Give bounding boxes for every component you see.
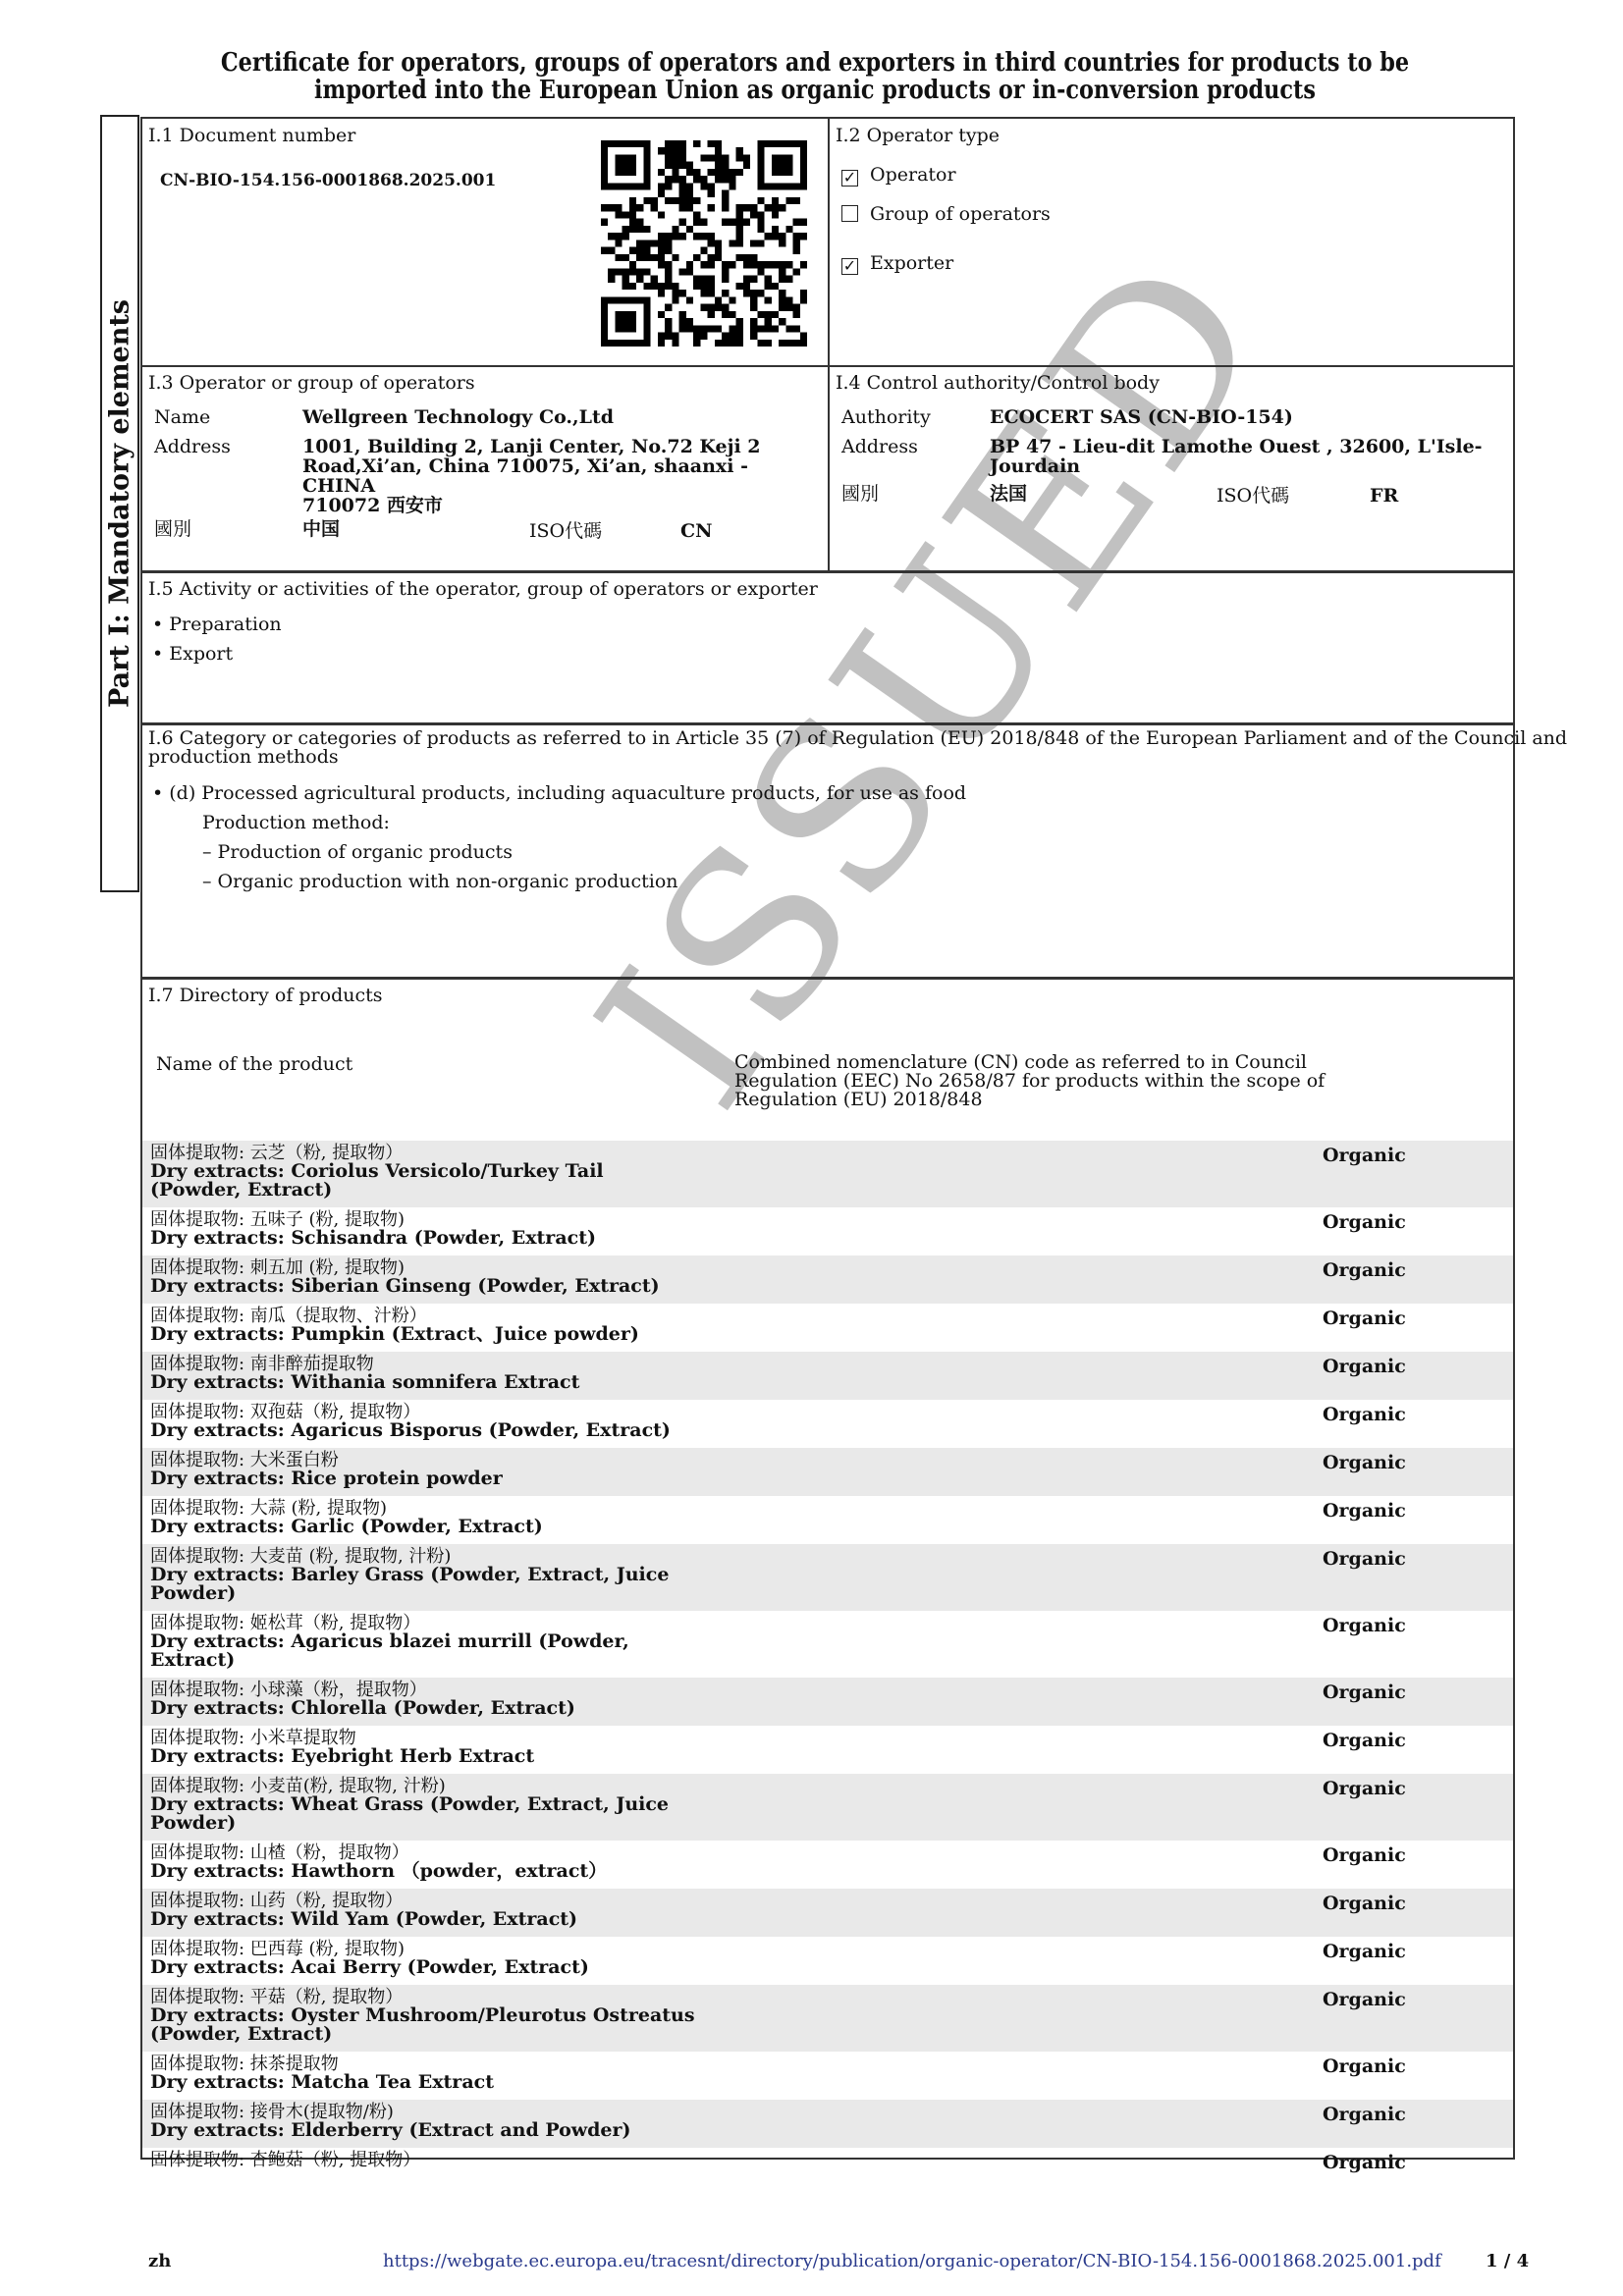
product-name-zh: 固体提取物: 杏鲍菇（粉, 提取物） (150, 2151, 1505, 2169)
product-status: Organic (1323, 1308, 1406, 1329)
product-name-en: Dry extracts: Agaricus Bisporus (Powder,… (150, 1421, 700, 1440)
address-label: Address (841, 437, 918, 456)
document-number: CN-BIO-154.156-0001868.2025.001 (160, 170, 496, 191)
table-row: 固体提取物: 双孢菇（粉, 提取物）Dry extracts: Agaricus… (142, 1400, 1513, 1448)
product-name-en: Dry extracts: Matcha Tea Extract (150, 2073, 700, 2092)
product-status: Organic (1323, 1356, 1406, 1377)
column-header-name: Name of the product (156, 1053, 352, 1075)
authority-address: BP 47 - Lieu-dit Lamothe Ouest , 32600, … (990, 437, 1483, 476)
product-status: Organic (1323, 1844, 1406, 1866)
product-status: Organic (1323, 1548, 1406, 1570)
option-label: Group of operators (870, 203, 1051, 225)
product-name-en: Dry extracts: Schisandra (Powder, Extrac… (150, 1229, 700, 1248)
product-name-en: Dry extracts: Siberian Ginseng (Powder, … (150, 1277, 700, 1296)
footer-url-link[interactable]: https://webgate.ec.europa.eu/tracesnt/di… (383, 2251, 1441, 2271)
table-row: 固体提取物: 南非醉茄提取物Dry extracts: Withania som… (142, 1352, 1513, 1400)
section-3-heading: I.3 Operator or group of operators (148, 372, 475, 394)
iso-label: ISO代碼 (1217, 486, 1289, 506)
iso-label: ISO代碼 (529, 521, 602, 541)
product-category: • (d) Processed agricultural products, i… (152, 782, 966, 804)
product-name-en: Dry extracts: Pumpkin (Extract、Juice pow… (150, 1325, 700, 1344)
product-table: 固体提取物: 云芝（粉, 提取物）Dry extracts: Coriolus … (142, 1141, 1513, 2177)
product-status: Organic (1323, 2104, 1406, 2125)
table-row: 固体提取物: 平菇（粉, 提取物）Dry extracts: Oyster Mu… (142, 1985, 1513, 2052)
product-status: Organic (1323, 1259, 1406, 1281)
section-7-heading: I.7 Directory of products (148, 985, 383, 1006)
section-6-heading: I.6 Category or categories of products a… (148, 729, 1567, 767)
name-label: Name (154, 407, 210, 427)
product-name-en: Dry extracts: Eyebright Herb Extract (150, 1747, 700, 1766)
divider (142, 977, 1513, 980)
product-name-en: Dry extracts: Coriolus Versicolo/Turkey … (150, 1162, 700, 1200)
operator-country: 中国 (302, 519, 340, 539)
operator-name: Wellgreen Technology Co.,Ltd (302, 407, 614, 427)
table-row: 固体提取物: 南瓜（提取物、汁粉）Dry extracts: Pumpkin (… (142, 1304, 1513, 1352)
qr-code-icon (601, 140, 807, 347)
table-row: 固体提取物: 杏鲍菇（粉, 提取物）Organic (142, 2148, 1513, 2177)
certificate-title: Certificate for operators, groups of ope… (215, 49, 1414, 104)
product-status: Organic (1323, 1452, 1406, 1473)
table-row: 固体提取物: 大麦苗 (粉, 提取物, 汁粉)Dry extracts: Bar… (142, 1544, 1513, 1611)
divider (142, 722, 1513, 725)
section-5-heading: I.5 Activity or activities of the operat… (148, 578, 818, 600)
product-name-en: Dry extracts: Oyster Mushroom/Pleurotus … (150, 2006, 700, 2044)
table-row: 固体提取物: 五味子 (粉, 提取物)Dry extracts: Schisan… (142, 1207, 1513, 1255)
product-status: Organic (1323, 1730, 1406, 1751)
section-1-heading: I.1 Document number (148, 125, 355, 146)
product-status: Organic (1323, 2152, 1406, 2173)
footer-language: zh (148, 2251, 171, 2271)
product-name-en: Dry extracts: Barley Grass (Powder, Extr… (150, 1566, 700, 1603)
product-status: Organic (1323, 1404, 1406, 1425)
authority-label: Authority (841, 407, 931, 427)
footer-page-number: 1 / 4 (1486, 2251, 1529, 2271)
product-status: Organic (1323, 1989, 1406, 2010)
production-method: – Organic production with non-organic pr… (202, 871, 678, 892)
checkbox-operator[interactable]: ✓ (841, 170, 858, 187)
operator-type-option[interactable]: ✓Exporter (841, 252, 953, 275)
column-divider (828, 119, 830, 572)
product-name-en: Dry extracts: Garlic (Powder, Extract) (150, 1518, 700, 1536)
product-name-en: Dry extracts: Chlorella (Powder, Extract… (150, 1699, 700, 1718)
section-4-heading: I.4 Control authority/Control body (836, 372, 1160, 394)
table-row: 固体提取物: 小麦苗(粉, 提取物, 汁粉)Dry extracts: Whea… (142, 1774, 1513, 1841)
table-row: 固体提取物: 小米草提取物Dry extracts: Eyebright Her… (142, 1726, 1513, 1774)
operator-type-option[interactable]: Group of operators (841, 203, 1051, 225)
table-row: 固体提取物: 云芝（粉, 提取物）Dry extracts: Coriolus … (142, 1141, 1513, 1207)
product-status: Organic (1323, 1893, 1406, 1914)
production-method-label: Production method: (202, 812, 390, 833)
section-2-heading: I.2 Operator type (836, 125, 1000, 146)
option-label: Operator (870, 164, 956, 186)
checkbox-exporter[interactable]: ✓ (841, 258, 858, 275)
table-row: 固体提取物: 山药（粉, 提取物）Dry extracts: Wild Yam … (142, 1889, 1513, 1937)
part-label-box: Part I: Mandatory elements (100, 115, 139, 892)
table-row: 固体提取物: 大蒜 (粉, 提取物)Dry extracts: Garlic (… (142, 1496, 1513, 1544)
operator-type-option[interactable]: ✓Operator (841, 164, 956, 187)
table-row: 固体提取物: 姬松茸（粉, 提取物）Dry extracts: Agaricus… (142, 1611, 1513, 1678)
certificate-frame: I.1 Document number CN-BIO-154.156-00018… (140, 117, 1515, 2160)
divider (142, 570, 1513, 573)
product-status: Organic (1323, 2056, 1406, 2077)
production-method: – Production of organic products (202, 841, 513, 863)
operator-iso-code: CN (680, 521, 713, 541)
product-name-en: Dry extracts: Agaricus blazei murrill (P… (150, 1632, 700, 1670)
country-label: 國別 (154, 519, 191, 539)
checkbox-group-of-operators[interactable] (841, 205, 858, 222)
product-name-en: Dry extracts: Elderberry (Extract and Po… (150, 2121, 700, 2140)
divider (142, 365, 1513, 367)
table-row: 固体提取物: 抹茶提取物Dry extracts: Matcha Tea Ext… (142, 2052, 1513, 2100)
product-status: Organic (1323, 1500, 1406, 1522)
authority-name: ECOCERT SAS (CN-BIO-154) (990, 407, 1293, 427)
product-name-en: Dry extracts: Rice protein powder (150, 1469, 700, 1488)
authority-country: 法国 (990, 484, 1027, 504)
product-status: Organic (1323, 1941, 1406, 1962)
product-status: Organic (1323, 1682, 1406, 1703)
part-label: Part I: Mandatory elements (105, 299, 135, 708)
table-row: 固体提取物: 山楂（粉，提取物）Dry extracts: Hawthorn （… (142, 1841, 1513, 1889)
product-status: Organic (1323, 1211, 1406, 1233)
address-label: Address (154, 437, 231, 456)
table-row: 固体提取物: 巴西莓 (粉, 提取物)Dry extracts: Acai Be… (142, 1937, 1513, 1985)
activity-item: • Preparation (152, 614, 282, 635)
table-row: 固体提取物: 刺五加 (粉, 提取物)Dry extracts: Siberia… (142, 1255, 1513, 1304)
product-name-en: Dry extracts: Wheat Grass (Powder, Extra… (150, 1795, 700, 1833)
option-label: Exporter (870, 252, 953, 274)
table-row: 固体提取物: 小球藻（粉，提取物）Dry extracts: Chlorella… (142, 1678, 1513, 1726)
product-status: Organic (1323, 1778, 1406, 1799)
operator-address: 1001, Building 2, Lanji Center, No.72 Ke… (302, 437, 761, 515)
table-row: 固体提取物: 大米蛋白粉Dry extracts: Rice protein p… (142, 1448, 1513, 1496)
column-header-cn-code: Combined nomenclature (CN) code as refer… (734, 1053, 1325, 1109)
table-row: 固体提取物: 接骨木(提取物/粉)Dry extracts: Elderberr… (142, 2100, 1513, 2148)
authority-iso-code: FR (1370, 486, 1398, 506)
product-name-en: Dry extracts: Hawthorn （powder，extract） (150, 1862, 700, 1881)
product-name-en: Dry extracts: Withania somnifera Extract (150, 1373, 700, 1392)
product-name-en: Dry extracts: Wild Yam (Powder, Extract) (150, 1910, 700, 1929)
product-name-en: Dry extracts: Acai Berry (Powder, Extrac… (150, 1958, 700, 1977)
product-status: Organic (1323, 1145, 1406, 1166)
activity-item: • Export (152, 643, 233, 665)
country-label: 國別 (841, 484, 879, 504)
product-status: Organic (1323, 1615, 1406, 1636)
